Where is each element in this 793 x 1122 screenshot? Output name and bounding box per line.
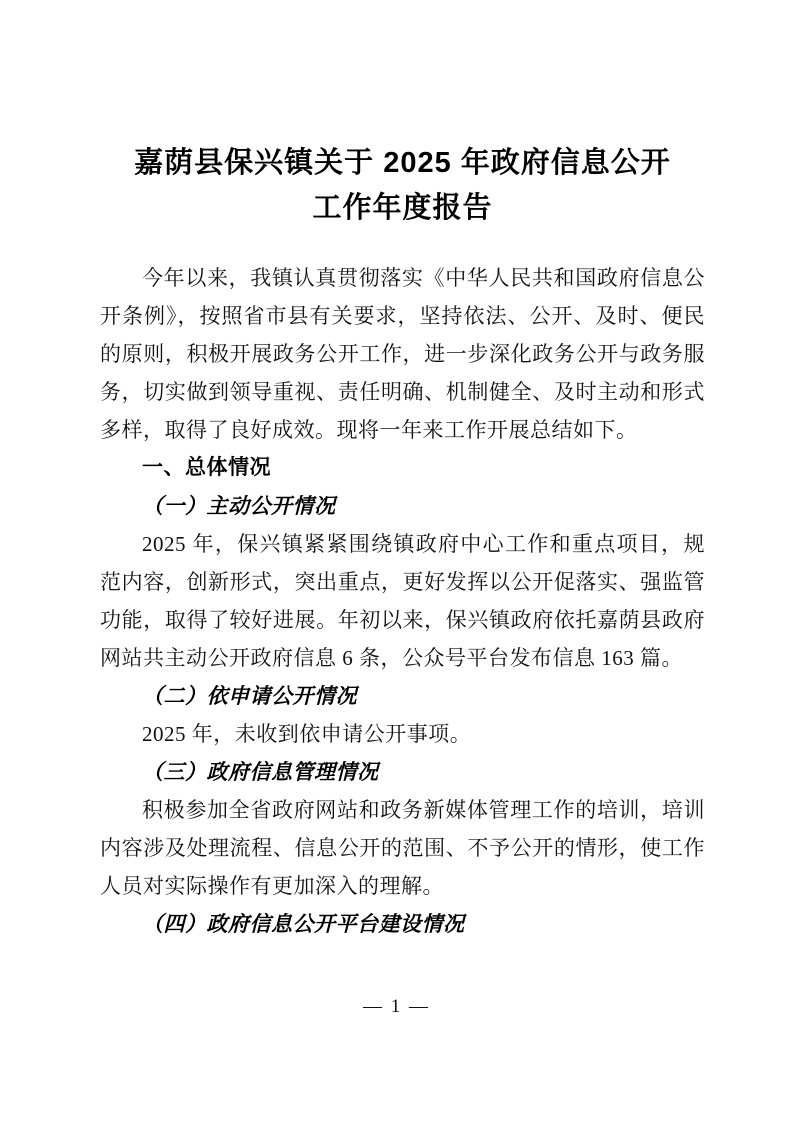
paragraph-overview-intro: 今年以来，我镇认真贯彻落实《中华人民共和国政府信息公开条例》，按照省市县有关要求…	[100, 259, 705, 449]
heading-sub-4-platform-construction: （四）政府信息公开平台建设情况	[100, 905, 705, 943]
paragraph-proactive-disclosure: 2025 年，保兴镇紧紧围绕镇政府中心工作和重点项目，规范内容，创新形式，突出重…	[100, 525, 705, 677]
page-number: — 1 —	[0, 996, 793, 1018]
heading-sub-1-proactive-disclosure: （一）主动公开情况	[100, 487, 705, 525]
document-title-line-2: 工作年度报告	[100, 186, 705, 231]
heading-sub-2-disclosure-upon-request: （二）依申请公开情况	[100, 677, 705, 715]
document-page: 嘉荫县保兴镇关于 2025 年政府信息公开 工作年度报告 今年以来，我镇认真贯彻…	[0, 0, 793, 1122]
document-title: 嘉荫县保兴镇关于 2025 年政府信息公开 工作年度报告	[100, 141, 705, 231]
heading-sub-3-information-management: （三）政府信息管理情况	[100, 753, 705, 791]
document-title-line-1: 嘉荫县保兴镇关于 2025 年政府信息公开	[100, 141, 705, 186]
paragraph-information-management: 积极参加全省政府网站和政务新媒体管理工作的培训，培训内容涉及处理流程、信息公开的…	[100, 791, 705, 905]
paragraph-disclosure-upon-request: 2025 年，未收到依申请公开事项。	[100, 715, 705, 753]
heading-section-1-overall-situation: 一、总体情况	[100, 449, 705, 487]
